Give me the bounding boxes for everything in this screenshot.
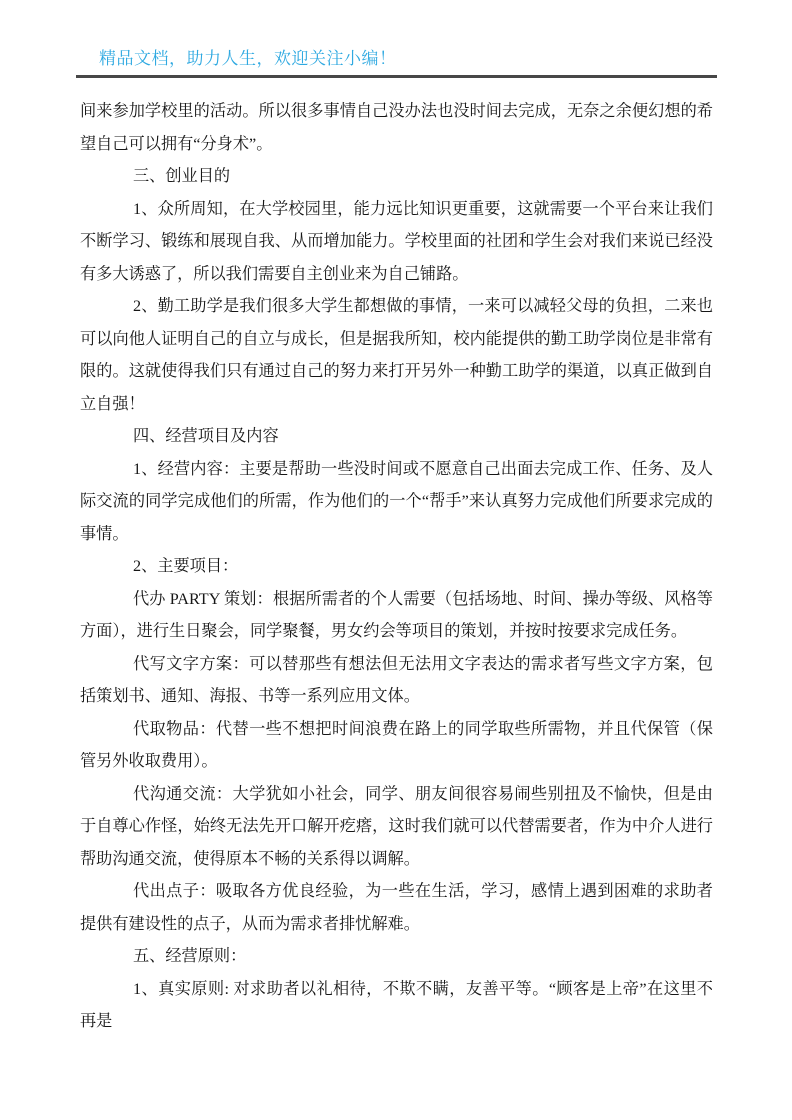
paragraph: 代出点子：吸取各方优良经验，为一些在生活，学习，感情上遇到困难的求助者提供有建设… <box>80 875 713 940</box>
paragraph: 1、真实原则: 对求助者以礼相待，不欺不瞒，友善平等。“顾客是上帝”在这里不再是 <box>80 973 713 1038</box>
document-body: 间来参加学校里的活动。所以很多事情自己没办法也没时间去完成，无奈之余便幻想的希望… <box>80 95 713 1038</box>
paragraph: 1、经营内容：主要是帮助一些没时间或不愿意自己出面去完成工作、任务、及人际交流的… <box>80 453 713 551</box>
paragraph: 2、勤工助学是我们很多大学生都想做的事情，一来可以减轻父母的负担，二来也可以向他… <box>80 290 713 420</box>
paragraph: 间来参加学校里的活动。所以很多事情自己没办法也没时间去完成，无奈之余便幻想的希望… <box>80 95 713 160</box>
paragraph: 2、主要项目： <box>80 550 713 583</box>
paragraph: 代写文字方案：可以替那些有想法但无法用文字表达的需求者写些文字方案，包括策划书、… <box>80 648 713 713</box>
paragraph: 代取物品：代替一些不想把时间浪费在路上的同学取些所需物，并且代保管（保管另外收取… <box>80 713 713 778</box>
paragraph: 四、经营项目及内容 <box>80 420 713 453</box>
page-header: 精品文档，助力人生，欢迎关注小编！ <box>76 48 717 78</box>
paragraph: 三、创业目的 <box>80 160 713 193</box>
paragraph: 五、经营原则： <box>80 940 713 973</box>
paragraph: 1、众所周知，在大学校园里，能力远比知识更重要，这就需要一个平台来让我们不断学习… <box>80 193 713 291</box>
paragraph: 代沟通交流：大学犹如小社会，同学、朋友间很容易闹些别扭及不愉快，但是由于自尊心作… <box>80 778 713 876</box>
paragraph: 代办 PARTY 策划：根据所需者的个人需要（包括场地、时间、操办等级、风格等方… <box>80 583 713 648</box>
document-page: 精品文档，助力人生，欢迎关注小编！ 间来参加学校里的活动。所以很多事情自己没办法… <box>0 0 792 1120</box>
header-slogan: 精品文档，助力人生，欢迎关注小编！ <box>99 49 397 68</box>
